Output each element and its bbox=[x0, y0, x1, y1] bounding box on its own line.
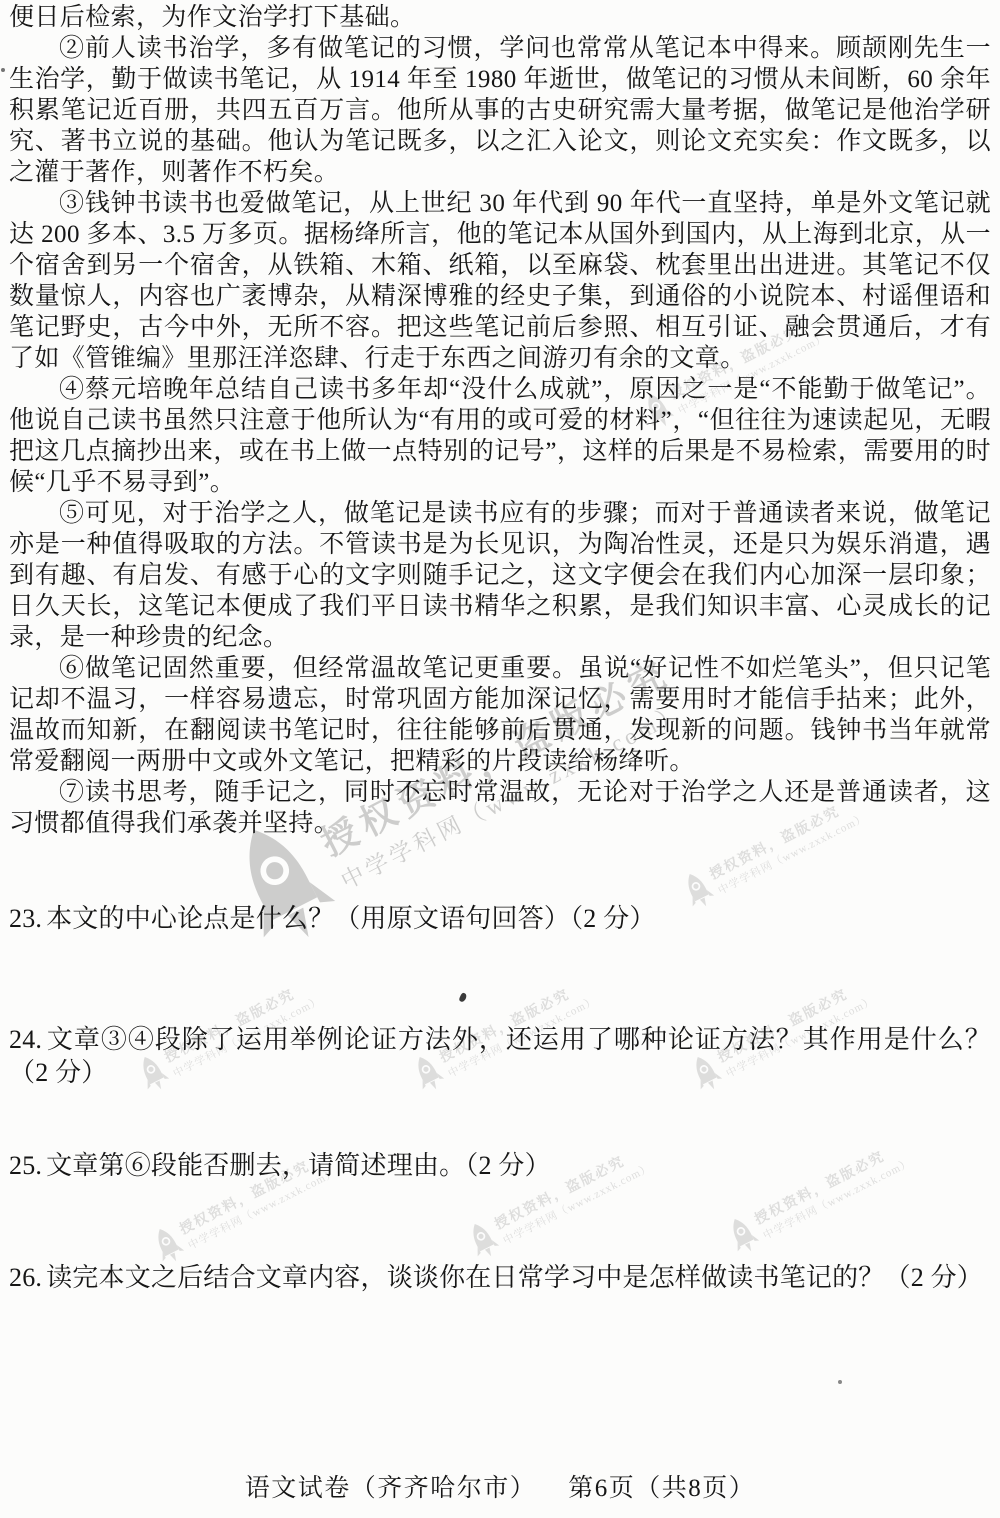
scan-speck bbox=[838, 1380, 842, 1384]
passage-paragraph-3: ③钱钟书读书也爱做笔记，从上世纪 30 年代到 90 年代一直坚持，单是外文笔记… bbox=[9, 188, 991, 374]
question-25-text: 文章第⑥段能否删去，请简述理由。（2 分） bbox=[46, 1151, 551, 1180]
question-24-text: 文章③④段除了运用举例论证方法外，还运用了哪种论证方法？其作用是什么？（2 分） bbox=[9, 1025, 991, 1087]
passage-paragraph-5: ⑤可见，对于治学之人，做笔记是读书应有的步骤；而对于普通读者来说，做笔记亦是一种… bbox=[9, 498, 991, 653]
question-26-number: 26. bbox=[9, 1263, 46, 1292]
scan-speck bbox=[458, 992, 467, 1003]
footer-paper-title: 语文试卷（齐齐哈尔市） bbox=[245, 1475, 537, 1502]
question-26: 26.读完本文之后结合文章内容，谈谈你在日常学习中是怎样做读书笔记的？（2 分） bbox=[9, 1261, 991, 1294]
question-24: 24.文章③④段除了运用举例论证方法外，还运用了哪种论证方法？其作用是什么？（2… bbox=[9, 1023, 991, 1089]
rocket-mascot-icon bbox=[723, 1212, 763, 1258]
passage-paragraph-4: ④蔡元培晚年总结自己读书多年却“没什么成就”，原因之一是“不能勤于做笔记”。他说… bbox=[9, 374, 991, 498]
question-25: 25.文章第⑥段能否删去，请简述理由。（2 分） bbox=[9, 1149, 991, 1182]
passage-paragraph-6: ⑥做笔记固然重要，但经常温故笔记更重要。虽说“好记性不如烂笔头”，但只记笔记却不… bbox=[9, 653, 991, 777]
question-25-number: 25. bbox=[9, 1151, 46, 1180]
scan-speck bbox=[1, 68, 5, 72]
passage-continuation-line: 便日后检索，为作文治学打下基础。 bbox=[9, 2, 991, 33]
rocket-mascot-icon bbox=[463, 1217, 503, 1263]
question-23: 23.本文的中心论点是什么？（用原文语句回答）（2 分） bbox=[9, 902, 991, 935]
question-24-number: 24. bbox=[9, 1025, 46, 1054]
question-26-text: 读完本文之后结合文章内容，谈谈你在日常学习中是怎样做读书笔记的？（2 分） bbox=[46, 1263, 983, 1292]
page-footer: 语文试卷（齐齐哈尔市）第6页（共8页） bbox=[0, 1468, 1000, 1504]
passage-paragraph-7: ⑦读书思考，随手记之，同时不忘时常温故，无论对于治学之人还是普通读者，这习惯都值… bbox=[9, 777, 991, 839]
exam-page: 授权资料，盗版必究中学学科网（www.zxxk.com） 授权资料，盗版必究中学… bbox=[0, 0, 1000, 1518]
question-23-text: 本文的中心论点是什么？（用原文语句回答）（2 分） bbox=[46, 904, 656, 933]
reading-passage: 便日后检索，为作文治学打下基础。 ②前人读书治学，多有做笔记的习惯，学问也常常从… bbox=[9, 2, 991, 839]
footer-page-indicator: 第6页（共8页） bbox=[568, 1475, 755, 1502]
question-23-number: 23. bbox=[9, 904, 46, 933]
passage-paragraph-2: ②前人读书治学，多有做笔记的习惯，学问也常常从笔记本中得来。顾颉刚先生一生治学，… bbox=[9, 33, 991, 188]
